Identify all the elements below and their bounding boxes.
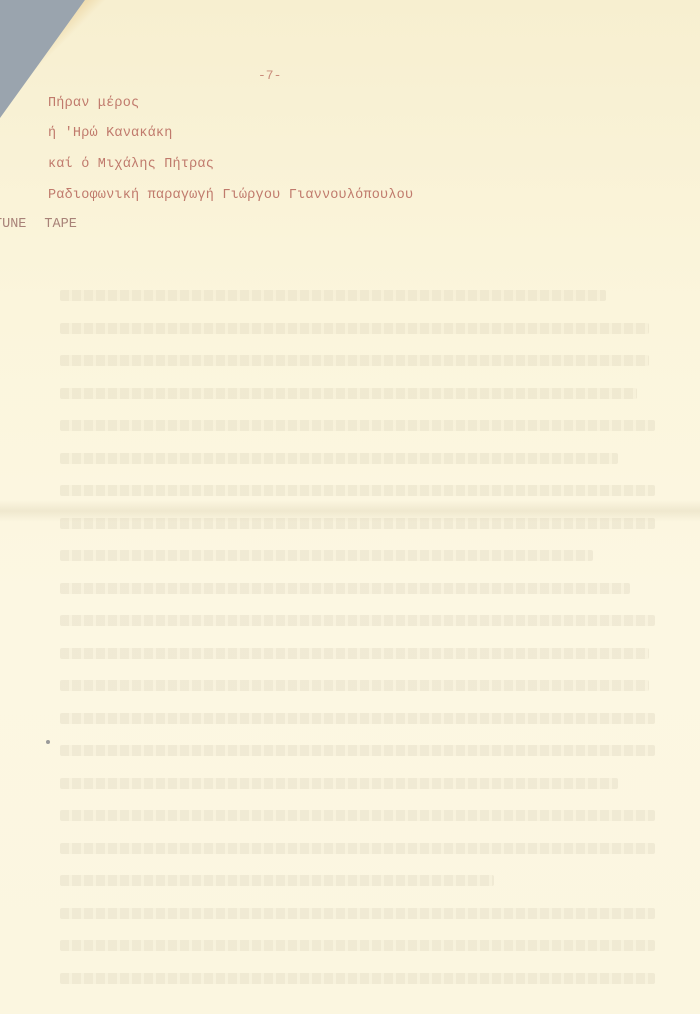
ghost-line: [60, 940, 655, 951]
tune-tape-cue: TUNETAPE: [0, 217, 77, 232]
ghost-line: [60, 518, 655, 529]
cue-value: TAPE: [44, 217, 76, 232]
ghost-line: [60, 680, 649, 691]
ghost-line: [60, 973, 655, 984]
ghost-line: [60, 875, 494, 886]
ghost-line: [60, 843, 655, 854]
ghost-line: [60, 713, 655, 724]
ghost-body-text: [60, 290, 680, 1005]
ghost-line: [60, 323, 649, 334]
ghost-line: [60, 485, 655, 496]
cue-label: TUNE: [0, 217, 26, 232]
credit-michalis-pitras: καί ό Μιχάλης Πήτρας: [48, 157, 214, 172]
page-number: -7-: [258, 68, 281, 83]
ghost-line: [60, 550, 593, 561]
ghost-line: [60, 810, 655, 821]
ghost-line: [60, 615, 655, 626]
ghost-line: [60, 778, 618, 789]
ghost-line: [60, 908, 655, 919]
ink-dot: [46, 740, 50, 744]
ghost-line: [60, 388, 637, 399]
ghost-line: [60, 453, 618, 464]
ghost-line: [60, 355, 649, 366]
ghost-line: [60, 290, 606, 301]
ghost-line: [60, 420, 655, 431]
ghost-line: [60, 583, 630, 594]
ghost-line: [60, 745, 655, 756]
credit-hero-kanakaki: ή 'Ηρώ Κανακάκη: [48, 126, 173, 141]
ghost-line: [60, 648, 649, 659]
credits-heading: Πήραν μέρος: [48, 96, 139, 111]
production-credit: Ραδιοφωνική παραγωγή Γιώργου Γιαννουλόπο…: [48, 188, 413, 203]
